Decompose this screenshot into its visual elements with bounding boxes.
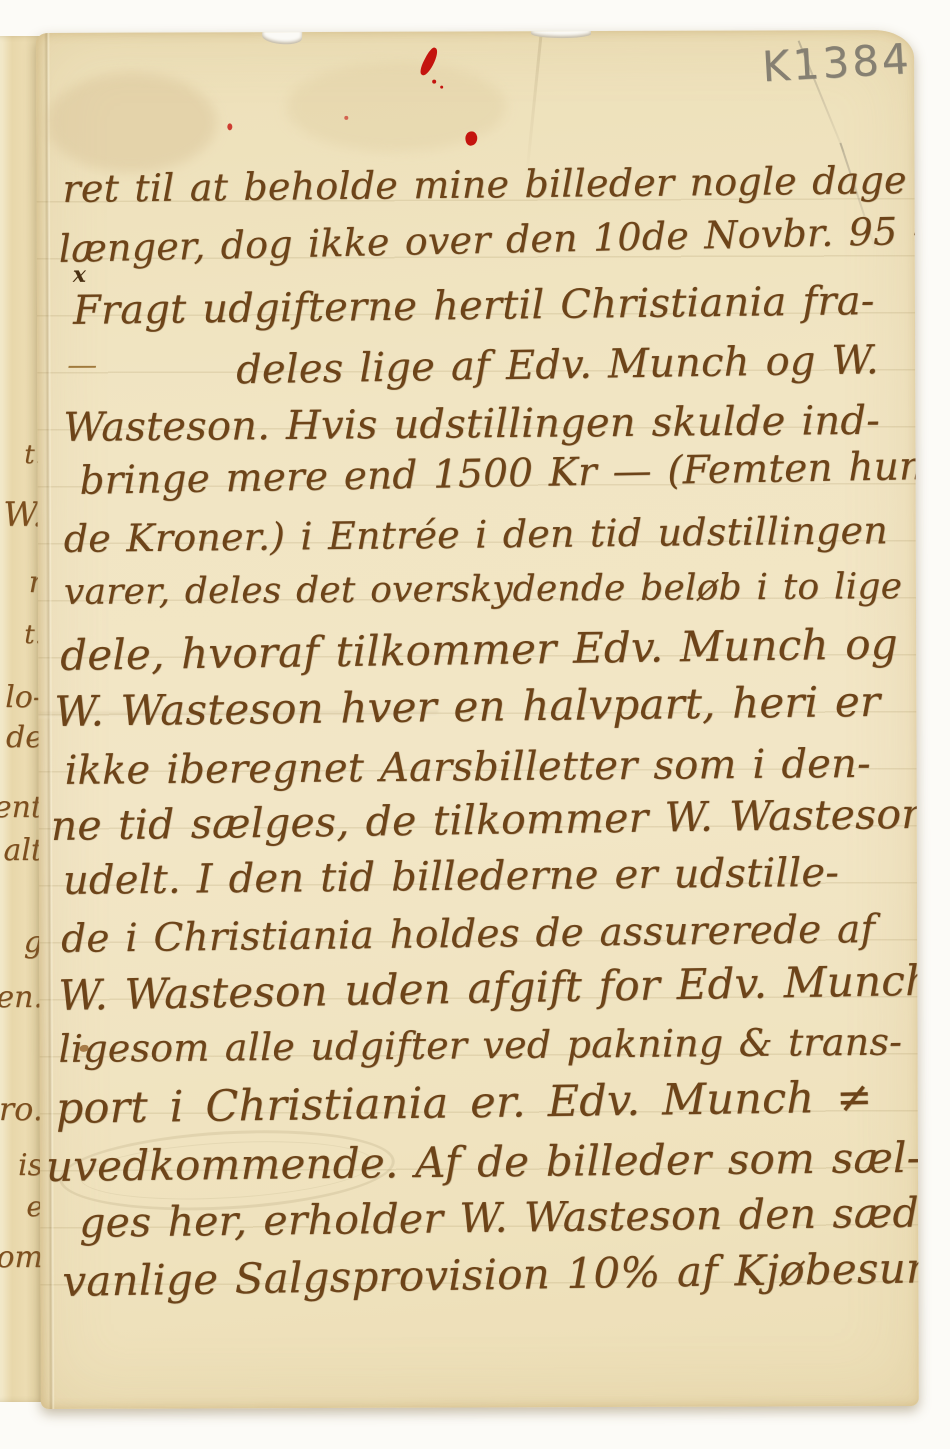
handwriting-line-6: bringe mere end 1500 Kr — (Femten hundre…	[79, 444, 919, 505]
underpage-text-fragment: om	[0, 1240, 43, 1275]
handwriting-line-5: Wasteson. Hvis udstillingen skulde ind-	[63, 398, 880, 451]
red-ink-speck	[227, 123, 232, 130]
underpage-text-fragment: en.	[0, 980, 43, 1015]
pencil-annotation: K1384	[761, 34, 913, 91]
red-ink-speck	[440, 86, 443, 89]
handwriting-line-9: dele, hvoraf tilkommer Edv. Munch og	[60, 620, 898, 680]
handwriting-line-10: W. Wasteson hver en halvpart, heri er	[54, 678, 880, 736]
fold-crease-left	[44, 33, 55, 1409]
handwriting-line-16: ligesom alle udgifter ved pakning & tran…	[58, 1021, 902, 1072]
underpage-text-fragment: ro.	[0, 1090, 43, 1128]
red-ink-speck	[344, 116, 348, 120]
handwriting-line-2: længer, dog ikke over den 10de Novbr. 95…	[58, 209, 918, 271]
fold-crease-top-center	[525, 31, 543, 181]
deletion-x-mark: x	[73, 262, 86, 288]
handwriting-line-17: port i Christiania er. Edv. Munch ≠	[55, 1074, 872, 1135]
underpage-text-fragment: alt	[3, 833, 43, 868]
handwriting-line-3: Fragt udgifterne hertil Christiania fra-	[73, 278, 875, 334]
handwriting-line-14: de i Christiania holdes de assurerede af	[61, 908, 875, 963]
underpage-text-fragment: ent	[0, 790, 43, 825]
handwriting-line-18: uvedkommende. Af de billeder som sæl-	[46, 1134, 919, 1191]
tear-mark	[262, 30, 303, 45]
margin-dash: —	[67, 348, 97, 383]
handwriting-line-15: W. Wasteson uden afgift for Edv. Munch	[58, 957, 919, 1021]
paper-smudge	[46, 72, 216, 173]
handwriting-line-11: ikke iberegnet Aarsbilletter som i den-	[64, 741, 871, 794]
handwriting-line-19: ges her, erholder W. Wasteson den sæd-	[79, 1189, 919, 1247]
handwriting-line-4: deles lige af Edv. Munch og W.	[236, 337, 879, 393]
handwriting-line-13: udelt. I den tid billederne er udstille-	[63, 850, 839, 904]
handwriting-line-1: ret til at beholde mine billeder nogle d…	[62, 159, 907, 212]
scanned-letter-page: t. W. r t. lo- de ent alt g en. ro. is e…	[0, 0, 950, 1449]
red-ink-speck	[432, 80, 436, 84]
handwriting-line-20: vanlige Salgsprovision 10% af Kjøbesum	[62, 1244, 919, 1306]
letter-page: K1384 ret til at beholde mine billeder n…	[36, 30, 919, 1409]
handwriting-line-8: varer, deles det overskydende beløb i to…	[64, 566, 903, 613]
handwriting-line-12: ne tid sælges, de tilkommer W. Wasteson	[50, 791, 918, 850]
handwriting-line-7: de Kroner.) i Entrée i den tid udstillin…	[64, 509, 889, 561]
